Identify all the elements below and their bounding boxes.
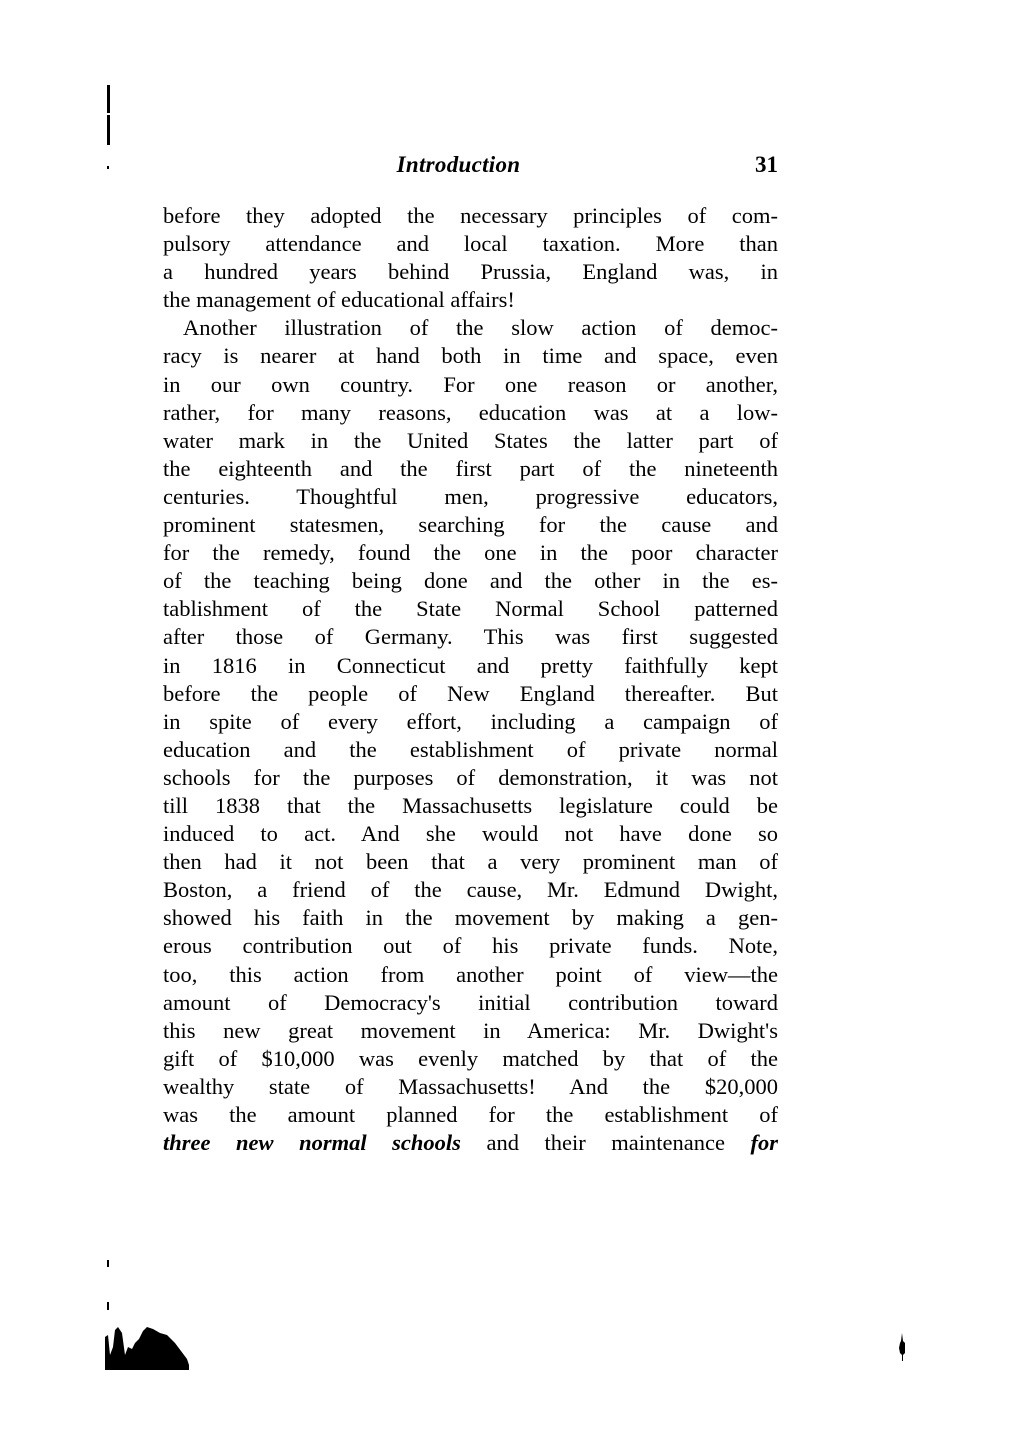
text-line: induced to act. And she would not have d… — [163, 820, 778, 848]
text-line: after those of Germany. This was first s… — [163, 623, 778, 651]
text-line: erous contribution out of his private fu… — [163, 932, 778, 960]
text-line: schools for the purposes of demonstratio… — [163, 764, 778, 792]
text-line: was the amount planned for the establish… — [163, 1101, 778, 1129]
running-head: Introduction 31 — [163, 152, 778, 182]
scan-mark-left-low2 — [107, 1302, 109, 1310]
book-page: Introduction 31 before they adopted the … — [0, 0, 1010, 1454]
text-line: before they adopted the necessary princi… — [163, 202, 778, 230]
text-line: before the people of New England thereaf… — [163, 680, 778, 708]
plain-phrase: and their maintenance — [461, 1130, 751, 1155]
page-number: 31 — [755, 152, 778, 178]
italic-phrase: three new normal schools — [163, 1130, 461, 1155]
text-line: then had it not been that a very promine… — [163, 848, 778, 876]
text-line: till 1838 that the Massachusetts legisla… — [163, 792, 778, 820]
text-line: racy is nearer at hand both in time and … — [163, 342, 778, 370]
text-line: this new great movement in America: Mr. … — [163, 1017, 778, 1045]
scan-mark-left-dot — [107, 166, 109, 169]
text-line: in our own country. For one reason or an… — [163, 371, 778, 399]
text-line: for the remedy, found the one in the poo… — [163, 539, 778, 567]
text-line: the eighteenth and the first part of the… — [163, 455, 778, 483]
text-line: centuries. Thoughtful men, progressive e… — [163, 483, 778, 511]
text-line: pulsory attendance and local taxation. M… — [163, 230, 778, 258]
text-line: Boston, a friend of the cause, Mr. Edmun… — [163, 876, 778, 904]
text-line: in spite of every effort, including a ca… — [163, 708, 778, 736]
scan-mark-left-mid — [107, 115, 110, 145]
scan-mark-bottom-right — [898, 1333, 908, 1361]
text-line: of the teaching being done and the other… — [163, 567, 778, 595]
text-line: a hundred years behind Prussia, England … — [163, 258, 778, 286]
text-line: water mark in the United States the latt… — [163, 427, 778, 455]
italic-word: for — [751, 1130, 779, 1155]
scan-blob-bottom-left — [105, 1325, 190, 1370]
text-line: the management of educational affairs! — [163, 286, 778, 314]
text-line: showed his faith in the movement by maki… — [163, 904, 778, 932]
text-line: too, this action from another point of v… — [163, 961, 778, 989]
text-line: gift of $10,000 was evenly matched by th… — [163, 1045, 778, 1073]
scan-mark-left-top — [107, 85, 110, 113]
text-line-final: three new normal schools and their maint… — [163, 1129, 778, 1157]
body-text: before they adopted the necessary princi… — [163, 202, 778, 1157]
paragraph-first-line: Another illustration of the slow action … — [163, 314, 778, 342]
running-title: Introduction — [151, 152, 766, 178]
text-line: education and the establishment of priva… — [163, 736, 778, 764]
text-line: rather, for many reasons, education was … — [163, 399, 778, 427]
text-line: tablishment of the State Normal School p… — [163, 595, 778, 623]
text-line: wealthy state of Massachusetts! And the … — [163, 1073, 778, 1101]
text-line: in 1816 in Connecticut and pretty faithf… — [163, 652, 778, 680]
text-line: amount of Democracy's initial contributi… — [163, 989, 778, 1017]
scan-mark-left-low — [107, 1260, 109, 1267]
text-line: prominent statesmen, searching for the c… — [163, 511, 778, 539]
